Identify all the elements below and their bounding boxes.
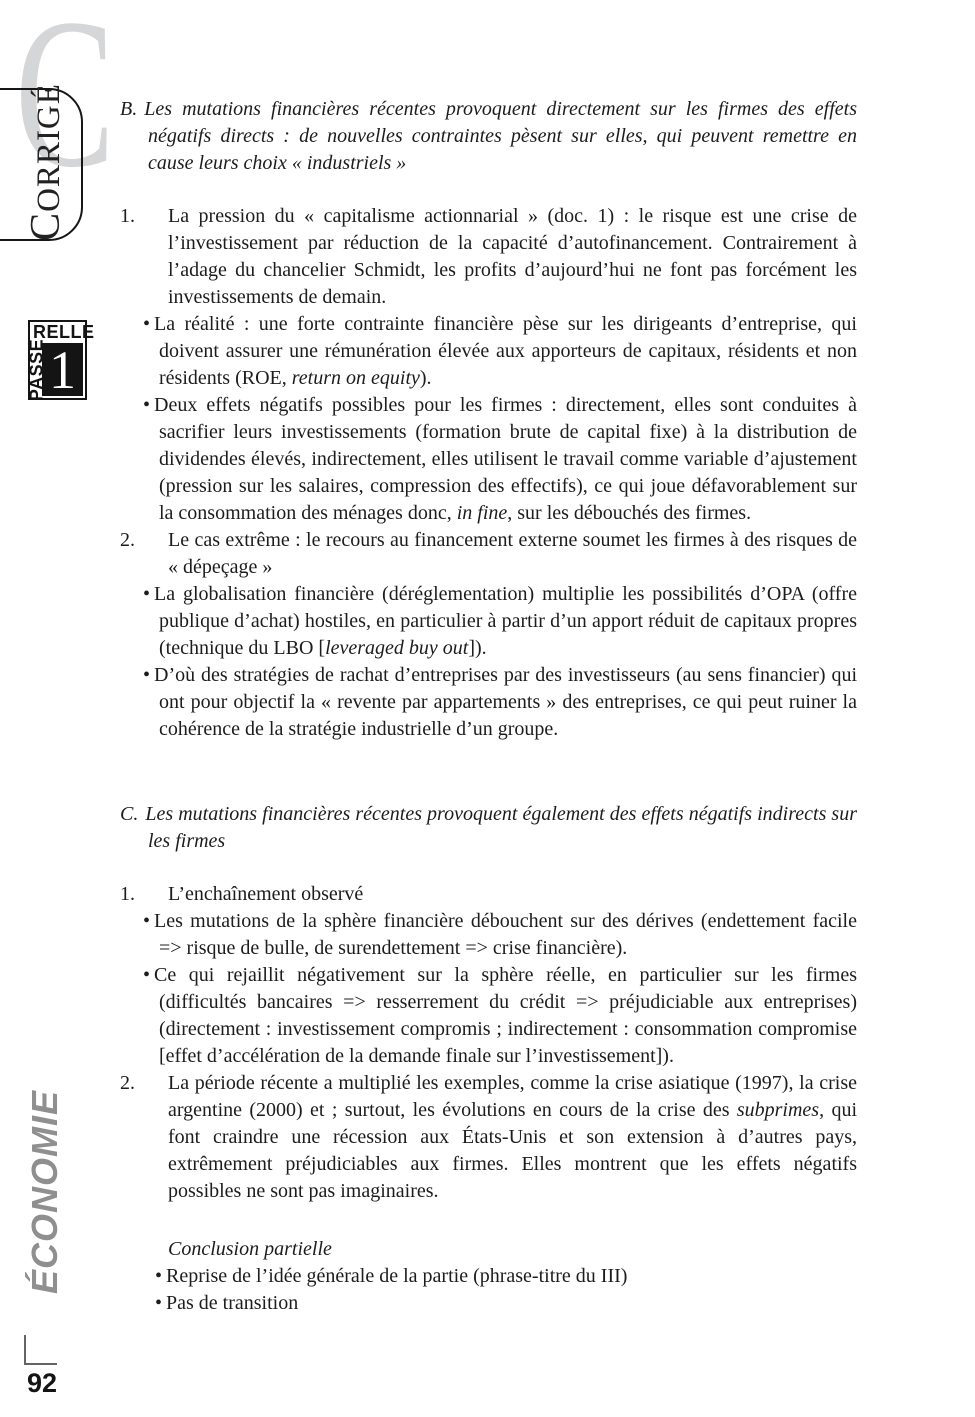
section-c-heading-text: Les mutations financières récentes provo… [145, 803, 857, 852]
numbered-item: 1.La pression du « capitalisme actionnar… [120, 203, 857, 527]
page-number: 92 [27, 1368, 57, 1399]
numbered-item: 1.L’enchaînement observé •Les mutations … [120, 881, 857, 1070]
section-b: B.Les mutations financières récentes pro… [120, 96, 857, 743]
bullet-text: Pas de transition [166, 1292, 298, 1314]
badge-number-box: 1 [42, 343, 83, 396]
item-number: 1. [120, 203, 135, 230]
bullet-marker: • [155, 1292, 166, 1314]
bullet-list: •Les mutations de la sphère financière d… [120, 908, 857, 1070]
bullet-item: •La réalité : une forte contrainte finan… [120, 311, 857, 392]
bullet-text: Reprise de l’idée générale de la partie … [166, 1265, 627, 1287]
numbered-item: 2.Le cas extrême : le recours au finance… [120, 527, 857, 743]
partial-conclusion: Conclusion partielle •Reprise de l’idée … [120, 1236, 857, 1317]
section-c-label: C. [120, 803, 145, 825]
bullet-marker: • [143, 313, 154, 335]
subject-label: ÉCONOMIE [24, 1090, 66, 1294]
item-text: La pression du « capitalisme actionnaria… [168, 205, 857, 308]
conclusion-title: Conclusion partielle [168, 1236, 857, 1263]
bullet-item: •Reprise de l’idée générale de la partie… [120, 1263, 857, 1290]
page-corner-mark [24, 1335, 57, 1365]
item-number: 2. [120, 527, 135, 554]
bullet-text: Ce qui rejaillit négativement sur la sph… [154, 964, 857, 1067]
item-paragraph: 1.La pression du « capitalisme actionnar… [120, 203, 857, 311]
bullet-item: •Les mutations de la sphère financière d… [120, 908, 857, 962]
bullet-item: •Ce qui rejaillit négativement sur la sp… [120, 962, 857, 1070]
section-b-heading: B.Les mutations financières récentes pro… [120, 96, 857, 177]
item-text: La période récente a multiplié les exemp… [168, 1072, 857, 1202]
item-text: L’enchaînement observé [168, 883, 363, 905]
section-b-heading-text: Les mutations financières récentes provo… [144, 98, 857, 174]
item-paragraph: 2.La période récente a multiplié les exe… [120, 1070, 857, 1205]
section-c-heading: C.Les mutations financières récentes pro… [120, 801, 857, 855]
item-text: Le cas extrême : le recours au financeme… [168, 529, 857, 578]
section-b-label: B. [120, 98, 144, 120]
bullet-item: •D’où des stratégies de rachat d’entrepr… [120, 662, 857, 743]
bullet-marker: • [143, 394, 154, 416]
corrige-label: CORRIGÉ [22, 83, 70, 241]
bullet-marker: • [155, 1265, 166, 1287]
numbered-item: 2.La période récente a multiplié les exe… [120, 1070, 857, 1205]
content-column: B.Les mutations financières récentes pro… [120, 96, 857, 1317]
badge-number: 1 [49, 343, 76, 397]
passerelle-badge: RELLE PASSE 1 [28, 320, 87, 400]
bullet-text: Les mutations de la sphère financière dé… [154, 910, 857, 959]
corrige-label-initial: C [23, 212, 69, 241]
bullet-list: •La réalité : une forte contrainte finan… [120, 311, 857, 527]
bullet-marker: • [143, 910, 154, 932]
bullet-item: •Deux effets négatifs possibles pour les… [120, 392, 857, 527]
bullet-item: •Pas de transition [120, 1290, 857, 1317]
bullet-text: D’où des stratégies de rachat d’entrepri… [154, 664, 857, 740]
item-number: 2. [120, 1070, 135, 1097]
bullet-text: La globalisation financière (déréglement… [154, 583, 857, 659]
item-paragraph: 1.L’enchaînement observé [120, 881, 857, 908]
bullet-item: •La globalisation financière (déréglemen… [120, 581, 857, 662]
bullet-text: La réalité : une forte contrainte financ… [154, 313, 857, 389]
section-c: C.Les mutations financières récentes pro… [120, 801, 857, 1205]
item-paragraph: 2.Le cas extrême : le recours au finance… [120, 527, 857, 581]
bullet-list: •La globalisation financière (déréglemen… [120, 581, 857, 743]
bullet-marker: • [143, 664, 154, 686]
page: C CORRIGÉ RELLE PASSE 1 ÉCONOMIE 92 B.Le… [0, 0, 975, 1417]
item-number: 1. [120, 881, 135, 908]
bullet-marker: • [143, 583, 154, 605]
bullet-marker: • [143, 964, 154, 986]
bullet-text: Deux effets négatifs possibles pour les … [154, 394, 857, 524]
corrige-label-rest: ORRIGÉ [31, 83, 67, 212]
